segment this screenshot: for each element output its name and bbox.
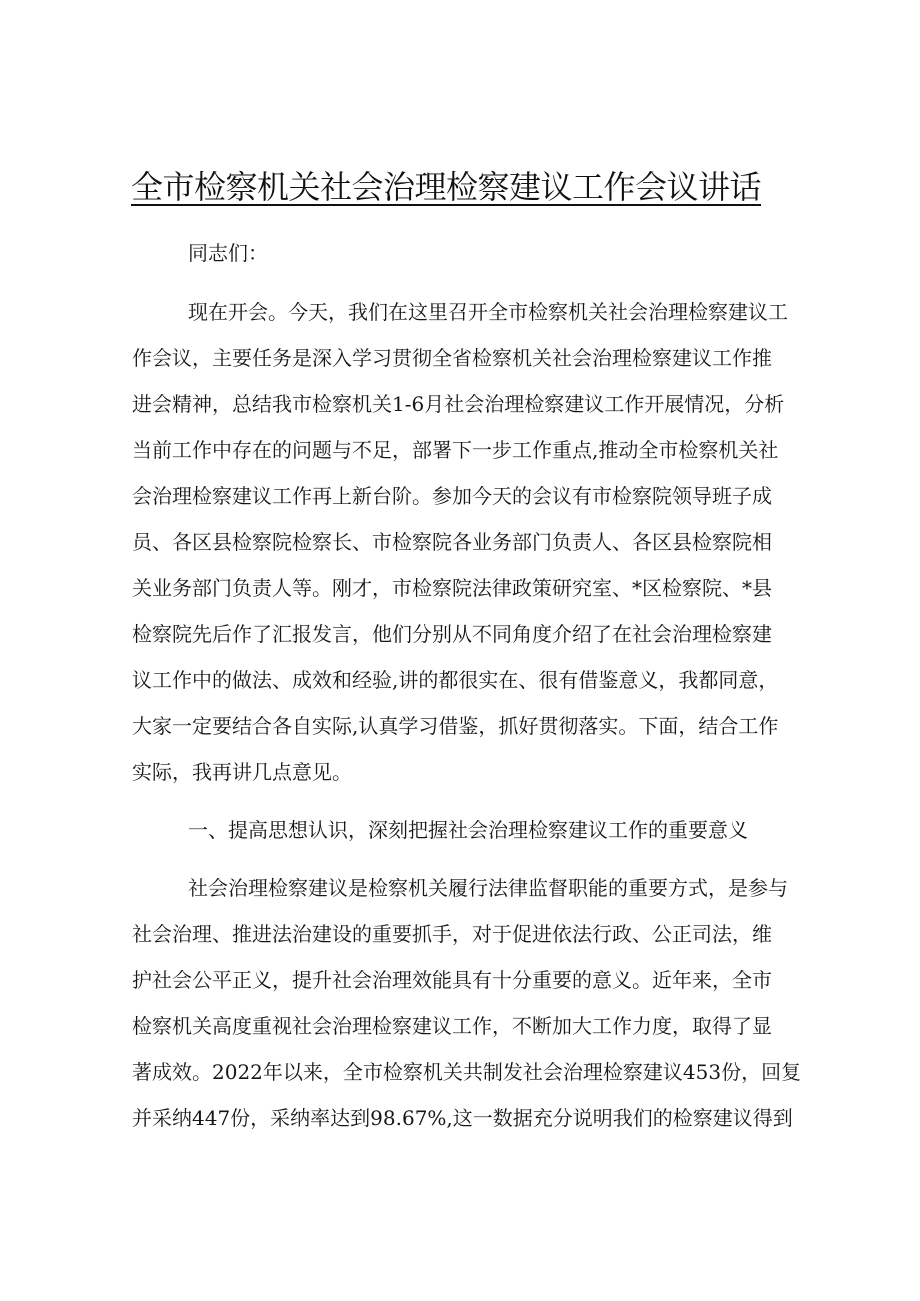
paragraph-line: 检察院先后作了汇报发言，他们分别从不同角度介绍了在社会治理检察建 <box>132 622 772 646</box>
paragraph-line: 社会治理、推进法治建设的重要抓手，对于促进依法行政、公正司法，维 <box>132 922 772 946</box>
paragraph-line: 社会治理检察建议是检察机关履行法律监督职能的重要方式，是参与 <box>188 876 788 900</box>
section-heading: 一、提高思想认识，深刻把握社会治理检察建议工作的重要意义 <box>188 818 748 842</box>
document-page: 全市检察机关社会治理检察建议工作会议讲话 同志们： 现在开会。今天，我们在这里召… <box>0 0 920 1301</box>
paragraph-line: 关业务部门负责人等。刚才，市检察院法律政策研究室、*区检察院、*县 <box>132 576 772 600</box>
paragraph-line: 大家一定要结合各自实际,认真学习借鉴，抓好贯彻落实。下面，结合工作 <box>132 714 778 738</box>
paragraph-line: 议工作中的做法、成效和经验,讲的都很实在、很有借鉴意义，我都同意， <box>132 668 778 692</box>
paragraph-line: 当前工作中存在的问题与不足，部署下一步工作重点,推动全市检察机关社 <box>132 438 778 462</box>
paragraph-line: 作会议，主要任务是深入学习贯彻全省检察机关社会治理检察建议工作推 <box>132 346 772 370</box>
salutation: 同志们： <box>188 241 268 265</box>
paragraph-line: 员、各区县检察院检察长、市检察院各业务部门负责人、各区县检察院相 <box>132 530 772 554</box>
paragraph-line: 著成效。2022年以来，全市检察机关共制发社会治理检察建议453份，回复 <box>132 1060 801 1084</box>
document-title: 全市检察机关社会治理检察建议工作会议讲话 <box>131 165 751 209</box>
paragraph-line: 会治理检察建议工作再上新台阶。参加今天的会议有市检察院领导班子成 <box>132 484 772 508</box>
paragraph-line: 检察机关高度重视社会治理检察建议工作，不断加大工作力度，取得了显 <box>132 1014 772 1038</box>
paragraph-line: 并采纳447份，采纳率达到98.67%,这一数据充分说明我们的检察建议得到 <box>132 1106 793 1130</box>
paragraph-line: 现在开会。今天，我们在这里召开全市检察机关社会治理检察建议工 <box>188 300 788 324</box>
paragraph-line: 实际，我再讲几点意见。 <box>132 760 352 784</box>
paragraph-line: 进会精神，总结我市检察机关1-6月社会治理检察建议工作开展情况，分析 <box>132 392 784 416</box>
paragraph-line: 护社会公平正义，提升社会治理效能具有十分重要的意义。近年来，全市 <box>132 968 772 992</box>
